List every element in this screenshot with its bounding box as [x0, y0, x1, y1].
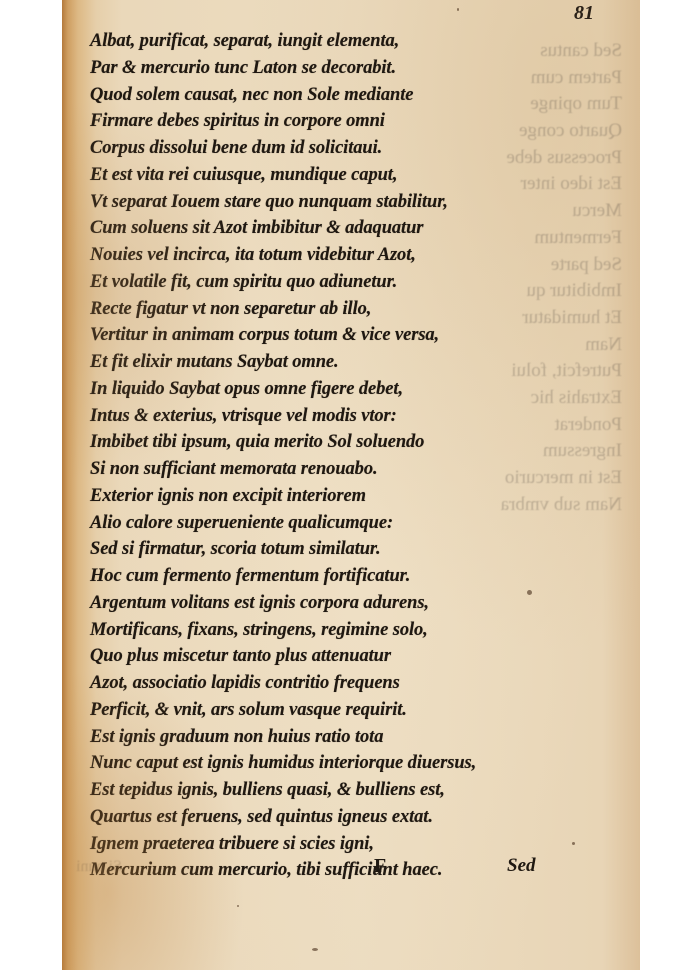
verse-line: Est ignis graduum non huius ratio tota	[90, 724, 610, 751]
verse-line: Mortificans, fixans, stringens, regimine…	[90, 617, 610, 644]
foxing-spot	[237, 905, 239, 907]
verse-line: Quo plus miscetur tanto plus attenuatur	[90, 643, 610, 670]
verse-line: Et est vita rei cuiusque, mundique caput…	[90, 162, 610, 189]
verse-line: Et fit elixir mutans Saybat omne.	[90, 349, 610, 376]
foxing-spot	[527, 590, 532, 595]
verse-line: Quartus est feruens, sed quintus igneus …	[90, 804, 610, 831]
verse-line: Cum soluens sit Azot imbibitur & adaquat…	[90, 215, 610, 242]
verse-text: Albat, purificat, separat, iungit elemen…	[90, 28, 610, 884]
verse-line: Intus & exterius, vtrisque vel modis vto…	[90, 403, 610, 430]
foxing-spot	[312, 948, 318, 951]
verse-line: Ignem praeterea tribuere si scies igni,	[90, 831, 610, 858]
book-page: Sed cantus Partem cum Tum opinge Quarto …	[62, 0, 640, 970]
foxing-spot	[572, 842, 575, 845]
verse-line: Albat, purificat, separat, iungit elemen…	[90, 28, 610, 55]
foxing-spot	[457, 8, 459, 11]
verse-line: In liquido Saybat opus omne figere debet…	[90, 376, 610, 403]
signature-mark: F	[374, 855, 386, 878]
verse-line: Firmare debes spiritus in corpore omni	[90, 108, 610, 135]
verse-line: Imbibet tibi ipsum, quia merito Sol solu…	[90, 429, 610, 456]
verse-line: Nouies vel incirca, ita totum videbitur …	[90, 242, 610, 269]
verse-line: Hoc cum fermento fermentum fortificatur.	[90, 563, 610, 590]
verse-line: Recte figatur vt non separetur ab illo,	[90, 296, 610, 323]
verse-line: Vt separat Iouem stare quo nunquam stabi…	[90, 189, 610, 216]
verse-line: Alio calore superueniente qualicumque:	[90, 510, 610, 537]
verse-line: Corpus dissolui bene dum id solicitaui.	[90, 135, 610, 162]
verse-line: Vertitur in animam corpus totum & vice v…	[90, 322, 610, 349]
verse-line: Quod solem causat, nec non Sole mediante	[90, 82, 610, 109]
verse-line: Sed si firmatur, scoria totum similatur.	[90, 536, 610, 563]
verse-line: Azot, associatio lapidis contritio frequ…	[90, 670, 610, 697]
catchword: Sed	[507, 855, 536, 877]
show-through-text: Si puni	[76, 858, 122, 876]
verse-line: Par & mercurio tunc Laton se decorabit.	[90, 55, 610, 82]
page-number: 81	[574, 2, 594, 25]
verse-line: Est tepidus ignis, bulliens quasi, & bul…	[90, 777, 610, 804]
verse-line: Si non sufficiant memorata renouabo.	[90, 456, 610, 483]
verse-line: Et volatile fit, cum spiritu quo adiunet…	[90, 269, 610, 296]
verse-line: Perficit, & vnit, ars solum vasque requi…	[90, 697, 610, 724]
verse-line: Exterior ignis non excipit interiorem	[90, 483, 610, 510]
verse-line: Nunc caput est ignis humidus interiorque…	[90, 750, 610, 777]
verse-line: Argentum volitans est ignis corpora adur…	[90, 590, 610, 617]
